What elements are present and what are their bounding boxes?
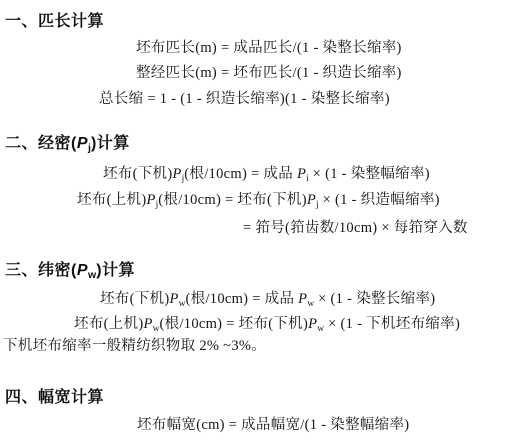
variable-text: P (143, 316, 152, 332)
formula-text: 下机坯布缩率一般精纺织物取 2% ~3%。 (3, 338, 266, 354)
formula-text: 三、纬密( (5, 262, 77, 279)
section-heading-weimi: 三、纬密(Pw)计算 (5, 257, 135, 281)
variable-text: P (297, 166, 306, 182)
formula-text: × (1 - 染整幅缩率) (309, 166, 430, 182)
variable-text: P (77, 135, 88, 152)
formula-text: = 筘号(筘齿数/10cm) × 每筘穿入数 (243, 220, 468, 236)
variable-text: P (298, 291, 307, 307)
subscript-text: w (179, 299, 186, 309)
variable-text: P (307, 192, 316, 208)
formula-line: = 筘号(筘齿数/10cm) × 每筘穿入数 (243, 216, 468, 237)
formula-line: 坯布(下机)Pj(根/10cm) = 成品 Pi × (1 - 染整幅缩率) (103, 162, 430, 184)
formula-line: 坯布幅宽(cm) = 成品幅宽/(1 - 染整幅缩率) (137, 413, 409, 434)
formula-text: (根/10cm) = 坯布(下机) (160, 316, 309, 332)
formula-text: × (1 - 下机坯布缩率) (324, 316, 460, 332)
formula-text: 坯布(下机) (100, 291, 169, 307)
variable-text: P (146, 192, 155, 208)
formula-text: 坯布(下机) (103, 166, 172, 182)
section-heading-fukuan: 四、幅宽计算 (5, 384, 104, 407)
formula-line: 下机坯布缩率一般精纺织物取 2% ~3%。 (3, 334, 266, 355)
formula-line: 坯布(上机)Pw(根/10cm) = 坯布(下机)Pw × (1 - 下机坯布缩… (74, 312, 460, 334)
formula-text: 坯布(上机) (74, 316, 143, 332)
variable-text: P (308, 316, 317, 332)
formula-text: × (1 - 染整长缩率) (314, 291, 435, 307)
section-heading-pichang: 一、匹长计算 (5, 8, 104, 31)
formula-text: (根/10cm) = 成品 (184, 166, 297, 182)
subscript-text: w (153, 324, 160, 334)
formula-text: 坯布幅宽(cm) = 成品幅宽/(1 - 染整幅缩率) (137, 417, 409, 433)
formula-line: 整经匹长(m) = 坯布匹长/(1 - 织造长缩率) (136, 61, 402, 82)
formula-text: (根/10cm) = 坯布(下机) (158, 192, 307, 208)
variable-text: P (169, 291, 178, 307)
formula-text: (根/10cm) = 成品 (186, 291, 299, 307)
formula-text: 四、幅宽计算 (5, 389, 104, 406)
variable-text: P (77, 262, 88, 279)
formula-text: )计算 (96, 262, 135, 279)
formula-text: × (1 - 织造幅缩率) (319, 192, 440, 208)
formula-text: 坯布匹长(m) = 成品匹长/(1 - 染整长缩率) (136, 40, 402, 56)
formula-line: 坯布(下机)Pw(根/10cm) = 成品 Pw × (1 - 染整长缩率) (100, 287, 435, 309)
formula-text: 坯布(上机) (77, 192, 146, 208)
formula-line: 总长缩 = 1 - (1 - 织造长缩率)(1 - 染整长缩率) (99, 87, 390, 108)
variable-text: P (172, 166, 181, 182)
formula-line: 坯布(上机)Pj(根/10cm) = 坯布(下机)Pj × (1 - 织造幅缩率… (77, 188, 440, 210)
subscript-text: w (88, 269, 96, 281)
formula-text: 总长缩 = 1 - (1 - 织造长缩率)(1 - 染整长缩率) (99, 91, 390, 107)
formula-line: 坯布匹长(m) = 成品匹长/(1 - 染整长缩率) (136, 36, 402, 57)
document-page: 一、匹长计算坯布匹长(m) = 成品匹长/(1 - 染整长缩率)整经匹长(m) … (0, 0, 513, 442)
formula-text: 整经匹长(m) = 坯布匹长/(1 - 织造长缩率) (136, 65, 402, 81)
formula-text: )计算 (91, 135, 130, 152)
formula-text: 二、经密( (5, 135, 77, 152)
formula-text: 一、匹长计算 (5, 13, 104, 30)
section-heading-jingmi: 二、经密(Pj)计算 (5, 130, 130, 154)
